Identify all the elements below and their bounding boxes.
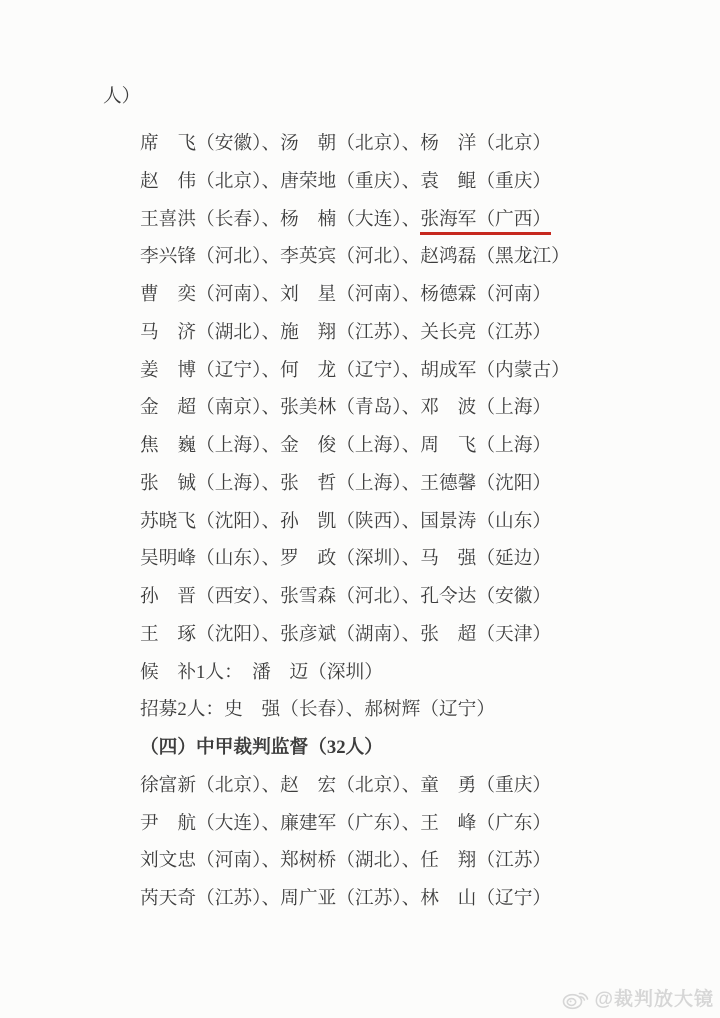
name-list-line: 芮天奇（江苏）、周广亚（江苏）、林 山（辽宁） bbox=[140, 880, 570, 918]
referee-name-list: 席 飞（安徽）、汤 朝（北京）、杨 洋（北京）赵 伟（北京）、唐荣地（重庆）、袁… bbox=[140, 125, 570, 918]
name-list-line: 金 超（南京）、张美林（青岛）、邓 波（上海） bbox=[140, 389, 570, 427]
weibo-logo-icon bbox=[561, 985, 591, 1011]
name-list-line: 招募2人：史 强（长春）、郝树辉（辽宁） bbox=[140, 691, 570, 729]
name-list-line: 席 飞（安徽）、汤 朝（北京）、杨 洋（北京） bbox=[140, 125, 570, 163]
name-list-line: 刘文忠（河南）、郑树桥（湖北）、任 翔（江苏） bbox=[140, 842, 570, 880]
name-list-text: 王喜洪（长春）、杨 楠（大连）、 bbox=[140, 209, 420, 230]
section-heading: （四）中甲裁判监督（32人） bbox=[140, 729, 570, 767]
name-list-line: 尹 航（大连）、廉建军（广东）、王 峰（广东） bbox=[140, 805, 570, 843]
name-list-line: 徐富新（北京）、赵 宏（北京）、童 勇（重庆） bbox=[140, 767, 570, 805]
name-list-line: 马 济（湖北）、施 翔（江苏）、关长亮（江苏） bbox=[140, 314, 570, 352]
name-list-line: 李兴锋（河北）、李英宾（河北）、赵鸿磊（黑龙江） bbox=[140, 238, 570, 276]
name-list-line: 王 琢（沈阳）、张彦斌（湖南）、张 超（天津） bbox=[140, 616, 570, 654]
name-list-line: 姜 博（辽宁）、何 龙（辽宁）、胡成军（内蒙古） bbox=[140, 352, 570, 390]
name-list-line: 曹 奕（河南）、刘 星（河南）、杨德霖（河南） bbox=[140, 276, 570, 314]
watermark-text: @裁判放大镜 bbox=[594, 984, 714, 1011]
name-list-line: 苏晓飞（沈阳）、孙 凯（陕西）、国景涛（山东） bbox=[140, 503, 570, 541]
document-page: 人） 席 飞（安徽）、汤 朝（北京）、杨 洋（北京）赵 伟（北京）、唐荣地（重庆… bbox=[0, 0, 720, 1018]
name-list-line: 赵 伟（北京）、唐荣地（重庆）、袁 鲲（重庆） bbox=[140, 163, 570, 201]
name-list-line: 候 补1人： 潘 迈（深圳） bbox=[140, 654, 570, 692]
name-list-line: 张 铖（上海）、张 哲（上海）、王德馨（沈阳） bbox=[140, 465, 570, 503]
name-list-line: 焦 巍（上海）、金 俊（上海）、周 飞（上海） bbox=[140, 427, 570, 465]
name-list-line: 王喜洪（长春）、杨 楠（大连）、张海军（广西） bbox=[140, 201, 570, 239]
red-underlined-name: 张海军（广西） bbox=[420, 209, 551, 235]
wrapped-line-fragment: 人） bbox=[103, 85, 140, 109]
name-list-line: 孙 晋（西安）、张雪森（河北）、孔令达（安徽） bbox=[140, 578, 570, 616]
name-list-line: 吴明峰（山东）、罗 政（深圳）、马 强（延边） bbox=[140, 540, 570, 578]
watermark: @裁判放大镜 bbox=[561, 984, 714, 1011]
